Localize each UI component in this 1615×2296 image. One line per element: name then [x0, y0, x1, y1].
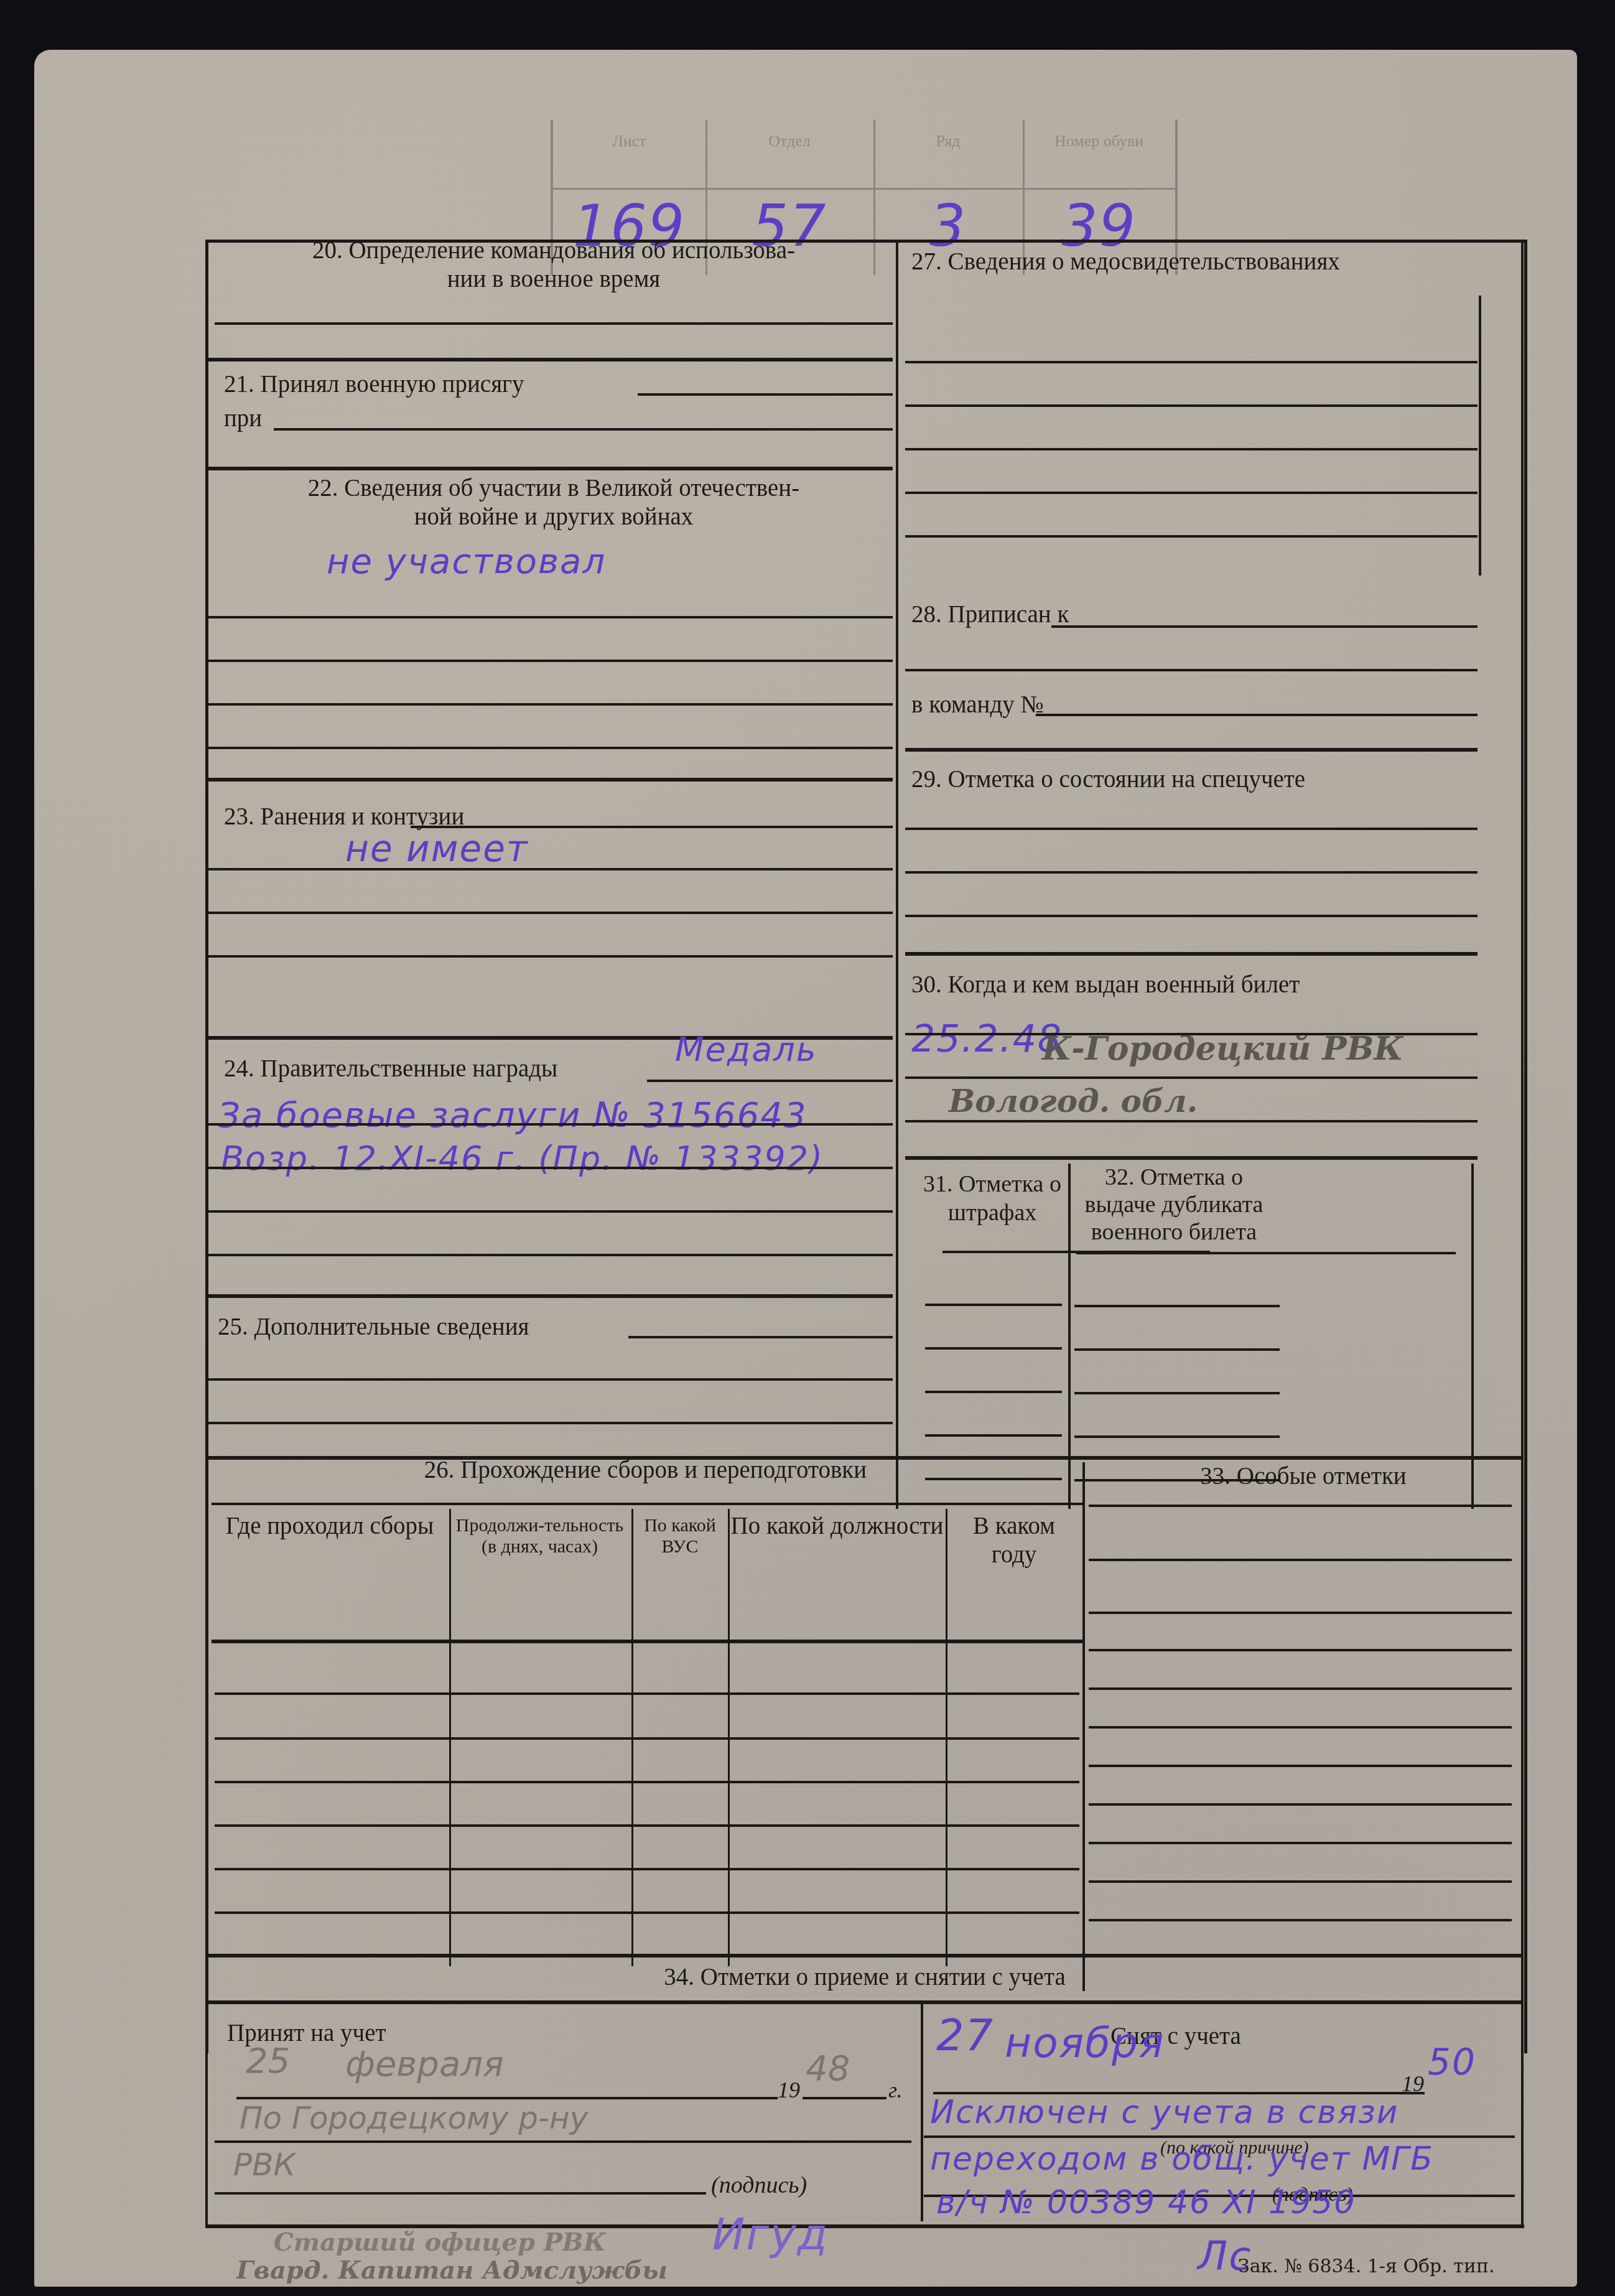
- removed-year: 50: [1428, 2041, 1476, 2083]
- section-30-date: 25.2.48: [911, 1017, 1063, 1061]
- section-22-label: 22. Сведения об участии в Великой отечес…: [215, 474, 893, 531]
- table-row: [215, 1868, 1079, 1870]
- section-21-label-2: при: [224, 404, 262, 433]
- table-header-location: Где проходил сборы: [212, 1512, 448, 1541]
- registration-card: Лист 169 Отдел 57 Ряд 3 Номер обуви 39 2…: [34, 50, 1577, 2287]
- section-24-handwritten-1: Медаль: [675, 1030, 817, 1069]
- section-33-label: 33. Особые отметки: [1086, 1462, 1521, 1491]
- table-row: [215, 1824, 1079, 1827]
- section-30-label: 30. Когда и кем выдан военный билет: [911, 971, 1300, 999]
- table-header-vus: По какой ВУС: [633, 1515, 727, 1557]
- officer-stamp-title: Старший офицер РВК: [274, 2228, 606, 2257]
- table-header-position: По какой должности: [730, 1512, 944, 1541]
- accepted-month: февраля: [345, 2044, 504, 2084]
- accepted-day: 25: [246, 2041, 290, 2081]
- accepted-district: По Городецкому р-ну: [240, 2100, 588, 2136]
- section-25-label: 25. Дополнительные сведения: [218, 1313, 529, 1342]
- section-28-label-2: в команду №: [911, 691, 1044, 719]
- section-34-title: 34. Отметки о приеме и снятии с учета: [208, 1963, 1521, 1992]
- section-32-label: 32. Отметка о выдаче дубликата военного …: [1074, 1164, 1273, 1246]
- removed-reason-3: в/ч № 00389 46 XI 1950: [936, 2184, 1356, 2221]
- officer-signature: Игуд: [712, 2209, 829, 2260]
- printer-imprint: Зак. № 6834. 1-я Обр. тип.: [1238, 2256, 1495, 2277]
- accepted-year: 48: [806, 2048, 850, 2089]
- section-30-stamp-1: К-Городецкий РВК: [1042, 1030, 1403, 1068]
- accepted-office: РВК: [233, 2147, 296, 2183]
- section-30-stamp-2: Вологод. обл.: [949, 1083, 1198, 1119]
- section-24-handwritten-2: За боевые заслуги № 3156643: [218, 1095, 807, 1136]
- officer-stamp-rank: Гвард. Капитан Адмслужбы: [236, 2256, 668, 2285]
- table-row: [215, 1911, 1079, 1914]
- section-22-handwritten: не участвовал: [327, 541, 606, 582]
- section-20-label: 20. Определение командования об использо…: [215, 236, 893, 294]
- removed-reason-2: переходом в общ. учет МГБ: [930, 2140, 1434, 2178]
- section-23-handwritten: не имеет: [345, 828, 529, 870]
- section-28-label: 28. Приписан к: [911, 600, 1069, 629]
- section-31-label: 31. Отметка о штрафах: [918, 1170, 1067, 1227]
- table-row: [215, 1781, 1079, 1783]
- section-29-label: 29. Отметка о состоянии на спецучете: [911, 765, 1305, 794]
- section-21-label: 21. Принял военную присягу: [224, 370, 524, 399]
- table-row: [215, 1737, 1079, 1740]
- section-24-handwritten-3: Возр. 12.XI-46 г. (Пр. № 133392): [221, 1139, 824, 1178]
- table-header-year: В каком году: [949, 1512, 1079, 1569]
- table-header-duration: Продолжи-тельность (в днях, часах): [451, 1515, 628, 1557]
- table-row: [215, 1692, 1079, 1695]
- removed-reason-1: Исключен с учета в связи: [930, 2094, 1399, 2131]
- section-24-label: 24. Правительственные награды: [224, 1055, 557, 1083]
- removed-month: ноября: [1005, 2019, 1165, 2067]
- section-27-label: 27. Сведения о медосвидетельствованиях: [911, 248, 1340, 276]
- accepted-signature-label: (подпись): [711, 2172, 807, 2199]
- removed-day: 27: [936, 2010, 994, 2061]
- section-26-title: 26. Прохождение сборов и переподготовки: [208, 1456, 1082, 1485]
